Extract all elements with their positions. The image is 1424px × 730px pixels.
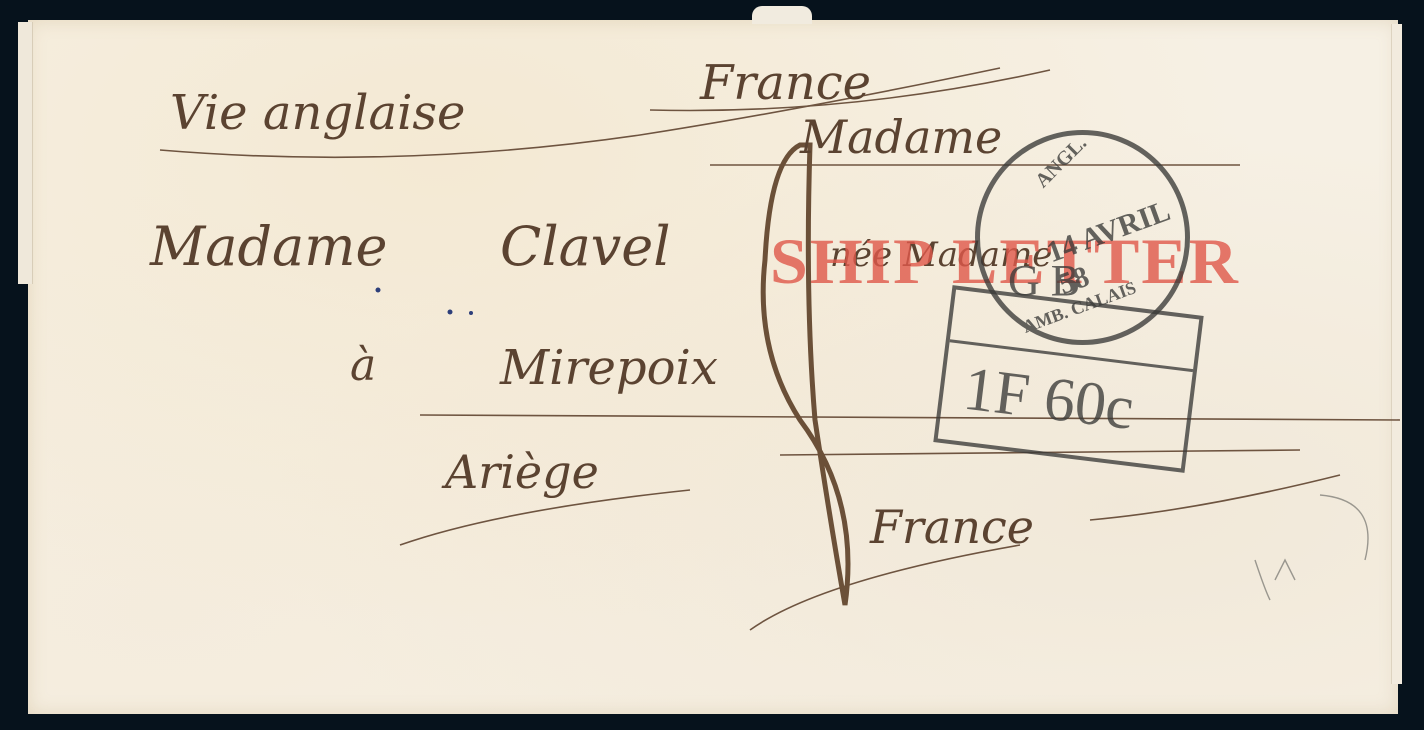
rate-value: 1F 60c [960,354,1138,445]
addressee-town: Mirepoix [500,340,718,396]
addressee-honorific: Madame [150,215,387,278]
cds-top-text: ANGL. [1031,132,1092,193]
addressee-title: Madame [800,110,1002,164]
addressee-country: France [870,500,1034,554]
rate-handstamp: 1F 60c [933,285,1203,473]
addressee-name: Clavel [500,215,671,278]
routing-note: Vie anglaise [170,85,465,141]
addressee-preposition: à [350,340,376,391]
routing-country: France [700,55,871,111]
manuscript-rate-stroke [763,145,848,605]
addressee-department: Ariège [445,445,599,499]
